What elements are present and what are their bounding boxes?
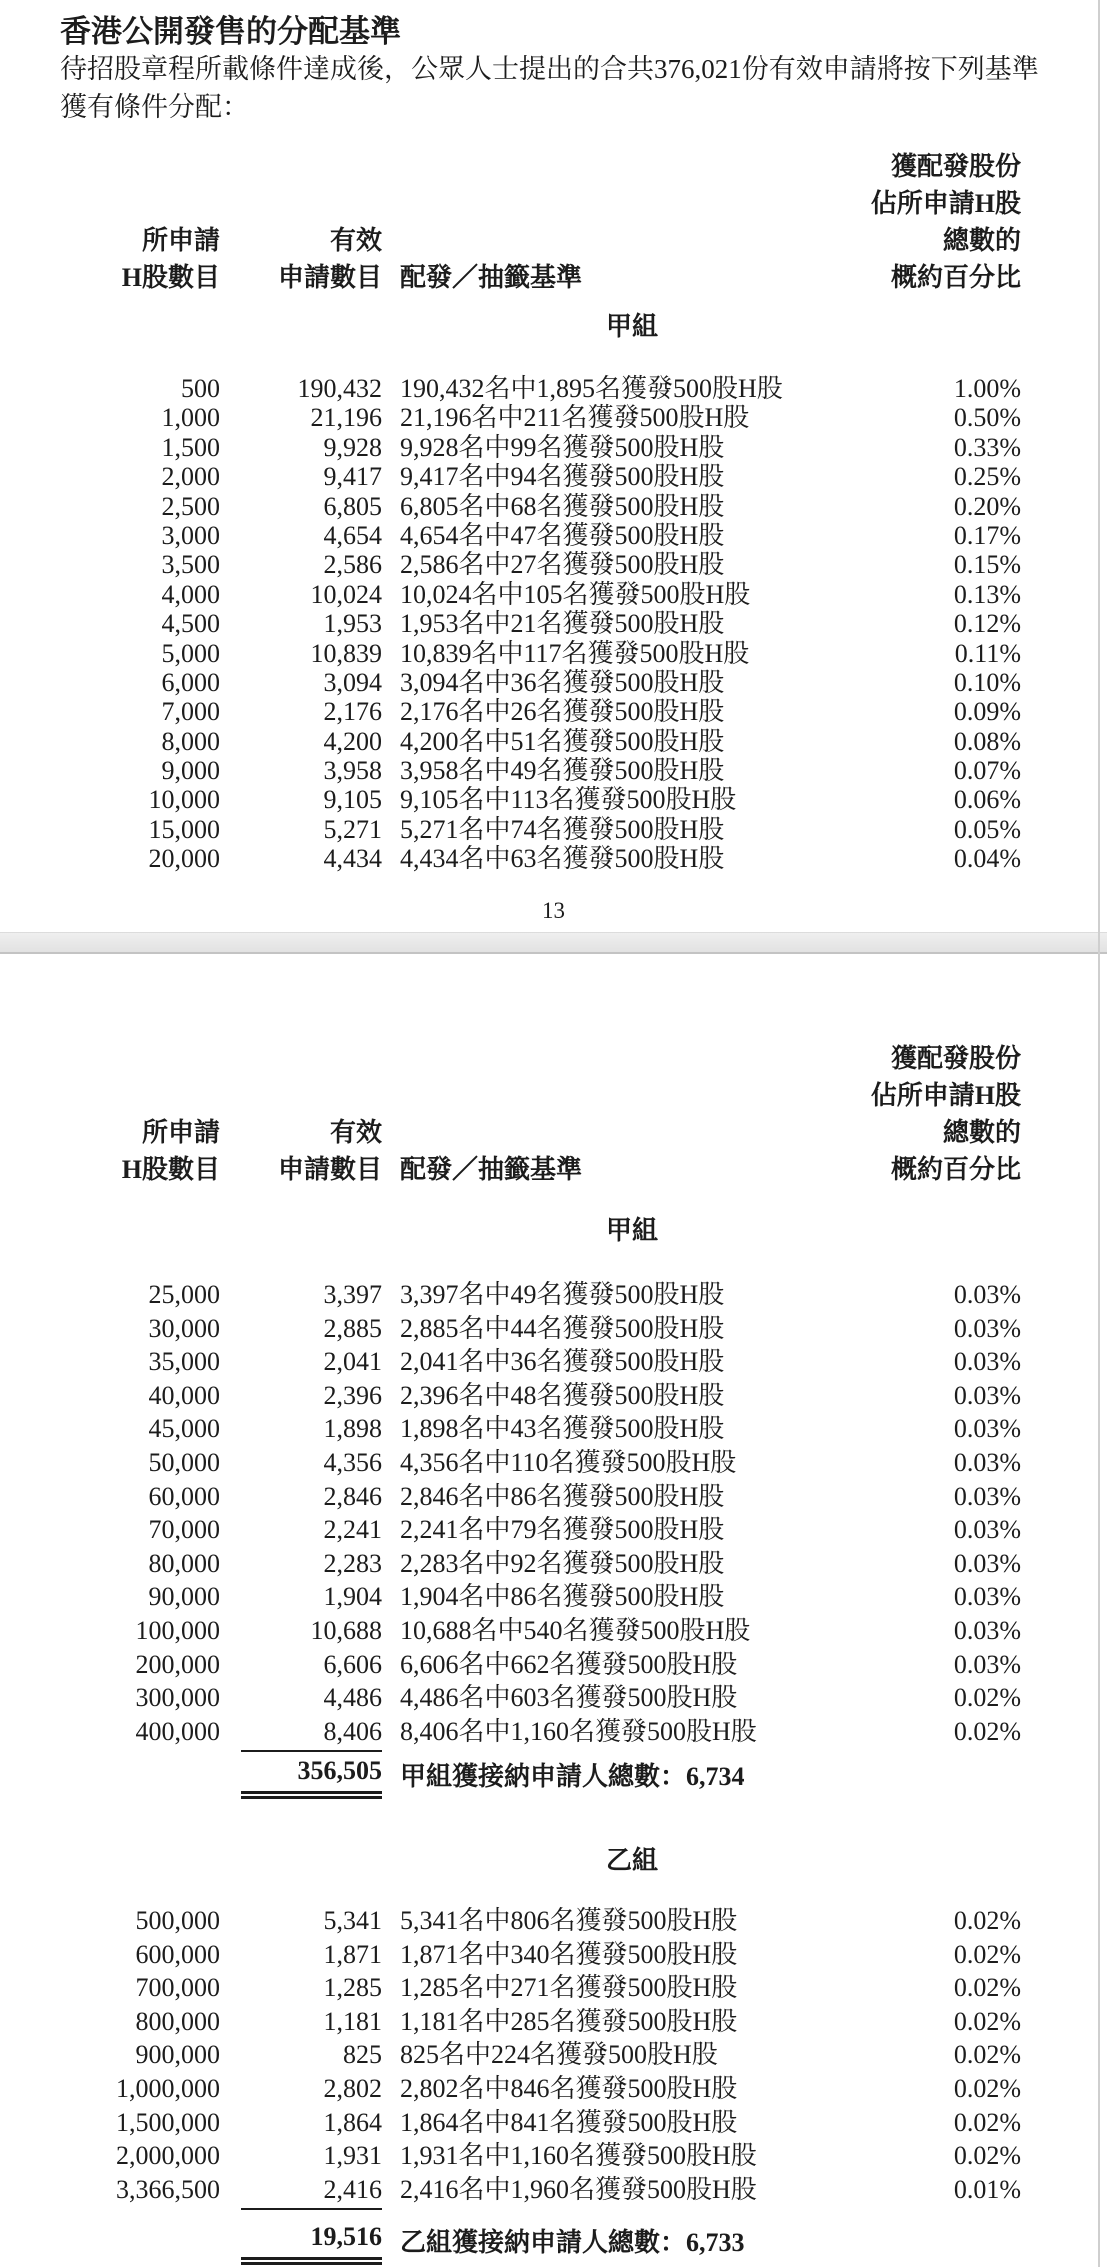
- cell-shares-applied: 35,000: [60, 1345, 220, 1379]
- cell-valid-applications: 1,864: [220, 2106, 382, 2140]
- column-header-valid-applications: 有效 申請數目: [220, 1114, 382, 1188]
- cell-shares-applied: 20,000: [60, 844, 220, 873]
- cell-shares-applied: 70,000: [60, 1513, 220, 1547]
- cell-allocation-basis: 1,181名中285名獲發500股H股: [382, 2005, 891, 2039]
- cell-valid-applications: 2,416: [220, 2173, 382, 2207]
- table-row: 3,366,500 2,416 2,416名中1,960名獲發500股H股 0.…: [60, 2173, 1021, 2207]
- cell-percentage: 0.50%: [891, 403, 1021, 432]
- cell-percentage: 0.03%: [891, 1379, 1021, 1413]
- cell-allocation-basis: 2,176名中26名獲發500股H股: [382, 697, 891, 726]
- cell-allocation-basis: 8,406名中1,160名獲發500股H股: [382, 1715, 891, 1749]
- cell-valid-applications: 1,871: [220, 1938, 382, 1972]
- cell-percentage: 0.03%: [891, 1547, 1021, 1581]
- cell-percentage: 0.13%: [891, 580, 1021, 609]
- cell-valid-applications: 825: [220, 2038, 382, 2072]
- cell-percentage: 0.33%: [891, 433, 1021, 462]
- cell-valid-applications: 1,285: [220, 1971, 382, 2005]
- cell-percentage: 0.03%: [891, 1648, 1021, 1682]
- table-row: 900,000 825 825名中224名獲發500股H股 0.02%: [60, 2038, 1021, 2072]
- cell-allocation-basis: 2,885名中44名獲發500股H股: [382, 1312, 891, 1346]
- cell-valid-applications: 1,904: [220, 1580, 382, 1614]
- cell-allocation-basis: 4,200名中51名獲發500股H股: [382, 727, 891, 756]
- cell-percentage: 0.15%: [891, 550, 1021, 579]
- cell-shares-applied: 1,500: [60, 433, 220, 462]
- cell-valid-applications: 2,846: [220, 1480, 382, 1514]
- table-row: 50,000 4,356 4,356名中110名獲發500股H股 0.03%: [60, 1446, 1021, 1480]
- cell-percentage: 0.01%: [891, 2173, 1021, 2207]
- cell-shares-applied: 1,000,000: [60, 2072, 220, 2106]
- cell-percentage: 0.03%: [891, 1614, 1021, 1648]
- cell-percentage: 0.02%: [891, 2106, 1021, 2140]
- cell-allocation-basis: 2,416名中1,960名獲發500股H股: [382, 2173, 891, 2207]
- cell-allocation-basis: 10,024名中105名獲發500股H股: [382, 580, 891, 609]
- table-row: 1,500 9,928 9,928名中99名獲發500股H股 0.33%: [60, 433, 1021, 462]
- cell-shares-applied: 3,500: [60, 550, 220, 579]
- cell-allocation-basis: 1,871名中340名獲發500股H股: [382, 1938, 891, 1972]
- cell-allocation-basis: 2,283名中92名獲發500股H股: [382, 1547, 891, 1581]
- cell-percentage: 0.02%: [891, 1971, 1021, 2005]
- cell-shares-applied: 600,000: [60, 1938, 220, 1972]
- cell-valid-applications: 2,241: [220, 1513, 382, 1547]
- cell-valid-applications: 3,958: [220, 756, 382, 785]
- cell-percentage: 0.03%: [891, 1580, 1021, 1614]
- cell-valid-applications: 4,434: [220, 844, 382, 873]
- cell-shares-applied: 5,000: [60, 639, 220, 668]
- cell-allocation-basis: 2,396名中48名獲發500股H股: [382, 1379, 891, 1413]
- cell-percentage: 0.08%: [891, 727, 1021, 756]
- cell-percentage: 0.03%: [891, 1412, 1021, 1446]
- cell-percentage: 0.03%: [891, 1278, 1021, 1312]
- cell-shares-applied: 300,000: [60, 1681, 220, 1715]
- group-b-total-applications: 19,516: [241, 2222, 382, 2260]
- cell-shares-applied: 15,000: [60, 815, 220, 844]
- table-row: 4,000 10,024 10,024名中105名獲發500股H股 0.13%: [60, 580, 1021, 609]
- cell-shares-applied: 9,000: [60, 756, 220, 785]
- cell-valid-applications: 1,953: [220, 609, 382, 638]
- cell-percentage: 0.11%: [891, 639, 1021, 668]
- cell-percentage: 0.20%: [891, 492, 1021, 521]
- table-row: 10,000 9,105 9,105名中113名獲發500股H股 0.06%: [60, 785, 1021, 814]
- cell-percentage: 0.12%: [891, 609, 1021, 638]
- table-row: 25,000 3,397 3,397名中49名獲發500股H股 0.03%: [60, 1278, 1021, 1312]
- cell-valid-applications: 1,898: [220, 1412, 382, 1446]
- table-row: 40,000 2,396 2,396名中48名獲發500股H股 0.03%: [60, 1379, 1021, 1413]
- table-row: 300,000 4,486 4,486名中603名獲發500股H股 0.02%: [60, 1681, 1021, 1715]
- cell-shares-applied: 4,000: [60, 580, 220, 609]
- cell-valid-applications: 3,397: [220, 1278, 382, 1312]
- cell-shares-applied: 800,000: [60, 2005, 220, 2039]
- cell-valid-applications: 6,805: [220, 492, 382, 521]
- group-a-total-applications: 356,505: [241, 1756, 382, 1794]
- cell-allocation-basis: 1,898名中43名獲發500股H股: [382, 1412, 891, 1446]
- column-header-shares-applied: 所申請 H股數目: [60, 1114, 220, 1188]
- table-row: 500 190,432 190,432名中1,895名獲發500股H股 1.00…: [60, 374, 1021, 403]
- cell-allocation-basis: 1,904名中86名獲發500股H股: [382, 1580, 891, 1614]
- cell-shares-applied: 90,000: [60, 1580, 220, 1614]
- table-row: 3,000 4,654 4,654名中47名獲發500股H股 0.17%: [60, 521, 1021, 550]
- column-header-percentage: 獲配發股份 佔所申請H股 總數的 概約百分比: [831, 148, 1021, 296]
- group-a-label-page1: 甲組: [606, 306, 658, 343]
- table-row: 7,000 2,176 2,176名中26名獲發500股H股 0.09%: [60, 697, 1021, 726]
- column-header-percentage: 獲配發股份 佔所申請H股 總數的 概約百分比: [831, 1040, 1021, 1188]
- cell-valid-applications: 6,606: [220, 1648, 382, 1682]
- cell-allocation-basis: 9,417名中94名獲發500股H股: [382, 462, 891, 491]
- cell-percentage: 0.04%: [891, 844, 1021, 873]
- page-separator: [0, 932, 1107, 954]
- cell-allocation-basis: 1,953名中21名獲發500股H股: [382, 609, 891, 638]
- cell-allocation-basis: 4,434名中63名獲發500股H股: [382, 844, 891, 873]
- table-row: 1,500,000 1,864 1,864名中841名獲發500股H股 0.02…: [60, 2106, 1021, 2140]
- table-row: 100,000 10,688 10,688名中540名獲發500股H股 0.03…: [60, 1614, 1021, 1648]
- cell-allocation-basis: 6,805名中68名獲發500股H股: [382, 492, 891, 521]
- cell-allocation-basis: 2,041名中36名獲發500股H股: [382, 1345, 891, 1379]
- cell-percentage: 0.02%: [891, 2038, 1021, 2072]
- cell-valid-applications: 2,396: [220, 1379, 382, 1413]
- table-row: 400,000 8,406 8,406名中1,160名獲發500股H股 0.02…: [60, 1715, 1021, 1749]
- cell-allocation-basis: 5,271名中74名獲發500股H股: [382, 815, 891, 844]
- table-row: 600,000 1,871 1,871名中340名獲發500股H股 0.02%: [60, 1938, 1021, 1972]
- table-row: 3,500 2,586 2,586名中27名獲發500股H股 0.15%: [60, 550, 1021, 579]
- group-b-total-label: 乙組獲接納申請人總數：6,733: [382, 2222, 1021, 2260]
- table-row: 2,000,000 1,931 1,931名中1,160名獲發500股H股 0.…: [60, 2139, 1021, 2173]
- table-row: 5,000 10,839 10,839名中117名獲發500股H股 0.11%: [60, 639, 1021, 668]
- group-a-label-page2: 甲組: [606, 1210, 658, 1247]
- cell-percentage: 0.07%: [891, 756, 1021, 785]
- cell-valid-applications: 4,654: [220, 521, 382, 550]
- table-row: 15,000 5,271 5,271名中74名獲發500股H股 0.05%: [60, 815, 1021, 844]
- cell-shares-applied: 1,500,000: [60, 2106, 220, 2140]
- table-row: 6,000 3,094 3,094名中36名獲發500股H股 0.10%: [60, 668, 1021, 697]
- cell-allocation-basis: 3,094名中36名獲發500股H股: [382, 668, 891, 697]
- cell-valid-applications: 8,406: [220, 1715, 382, 1749]
- group-b-subtotal: 19,516 乙組獲接納申請人總數：6,733: [60, 2222, 1021, 2260]
- group-a-table-page1: 500 190,432 190,432名中1,895名獲發500股H股 1.00…: [60, 374, 1021, 874]
- table-row: 700,000 1,285 1,285名中271名獲發500股H股 0.02%: [60, 1971, 1021, 2005]
- cell-percentage: 0.17%: [891, 521, 1021, 550]
- cell-shares-applied: 200,000: [60, 1648, 220, 1682]
- cell-percentage: 0.02%: [891, 2139, 1021, 2173]
- cell-shares-applied: 700,000: [60, 1971, 220, 2005]
- group-a-table-page2: 25,000 3,397 3,397名中49名獲發500股H股 0.03% 30…: [60, 1278, 1021, 1748]
- cell-shares-applied: 60,000: [60, 1480, 220, 1514]
- column-header-allocation-basis: 配發／抽籤基準: [382, 1151, 831, 1188]
- table-row: 45,000 1,898 1,898名中43名獲發500股H股 0.03%: [60, 1412, 1021, 1446]
- cell-valid-applications: 2,176: [220, 697, 382, 726]
- cell-allocation-basis: 190,432名中1,895名獲發500股H股: [382, 374, 891, 403]
- cell-allocation-basis: 2,846名中86名獲發500股H股: [382, 1480, 891, 1514]
- table-row: 8,000 4,200 4,200名中51名獲發500股H股 0.08%: [60, 727, 1021, 756]
- cell-shares-applied: 25,000: [60, 1278, 220, 1312]
- group-b-table: 500,000 5,341 5,341名中806名獲發500股H股 0.02% …: [60, 1904, 1021, 2206]
- cell-percentage: 0.03%: [891, 1480, 1021, 1514]
- table-row: 70,000 2,241 2,241名中79名獲發500股H股 0.03%: [60, 1513, 1021, 1547]
- cell-allocation-basis: 10,839名中117名獲發500股H股: [382, 639, 891, 668]
- cell-shares-applied: 10,000: [60, 785, 220, 814]
- column-header-shares-applied: 所申請 H股數目: [60, 222, 220, 296]
- table-row: 90,000 1,904 1,904名中86名獲發500股H股 0.03%: [60, 1580, 1021, 1614]
- group-a-total-label: 甲組獲接納申請人總數：6,734: [382, 1756, 1021, 1794]
- cell-valid-applications: 2,041: [220, 1345, 382, 1379]
- table-row: 800,000 1,181 1,181名中285名獲發500股H股 0.02%: [60, 2005, 1021, 2039]
- column-header-allocation-basis: 配發／抽籤基準: [382, 259, 831, 296]
- cell-percentage: 0.02%: [891, 2072, 1021, 2106]
- cell-allocation-basis: 9,928名中99名獲發500股H股: [382, 433, 891, 462]
- cell-percentage: 0.02%: [891, 1681, 1021, 1715]
- cell-allocation-basis: 2,802名中846名獲發500股H股: [382, 2072, 891, 2106]
- cell-allocation-basis: 21,196名中211名獲發500股H股: [382, 403, 891, 432]
- table-row: 1,000,000 2,802 2,802名中846名獲發500股H股 0.02…: [60, 2072, 1021, 2106]
- cell-allocation-basis: 4,356名中110名獲發500股H股: [382, 1446, 891, 1480]
- cell-valid-applications: 190,432: [220, 374, 382, 403]
- cell-valid-applications: 1,181: [220, 2005, 382, 2039]
- cell-shares-applied: 400,000: [60, 1715, 220, 1749]
- table-row: 200,000 6,606 6,606名中662名獲發500股H股 0.03%: [60, 1648, 1021, 1682]
- table-row: 20,000 4,434 4,434名中63名獲發500股H股 0.04%: [60, 844, 1021, 873]
- cell-valid-applications: 9,105: [220, 785, 382, 814]
- cell-allocation-basis: 1,864名中841名獲發500股H股: [382, 2106, 891, 2140]
- cell-percentage: 1.00%: [891, 374, 1021, 403]
- cell-shares-applied: 6,000: [60, 668, 220, 697]
- cell-valid-applications: 2,885: [220, 1312, 382, 1346]
- cell-shares-applied: 2,000,000: [60, 2139, 220, 2173]
- cell-valid-applications: 5,341: [220, 1904, 382, 1938]
- cell-allocation-basis: 5,341名中806名獲發500股H股: [382, 1904, 891, 1938]
- table-row: 30,000 2,885 2,885名中44名獲發500股H股 0.03%: [60, 1312, 1021, 1346]
- cell-allocation-basis: 1,931名中1,160名獲發500股H股: [382, 2139, 891, 2173]
- group-b-label: 乙組: [606, 1840, 658, 1877]
- cell-valid-applications: 4,486: [220, 1681, 382, 1715]
- cell-percentage: 0.03%: [891, 1345, 1021, 1379]
- cell-shares-applied: 3,000: [60, 521, 220, 550]
- cell-allocation-basis: 10,688名中540名獲發500股H股: [382, 1614, 891, 1648]
- cell-allocation-basis: 4,654名中47名獲發500股H股: [382, 521, 891, 550]
- cell-valid-applications: 4,200: [220, 727, 382, 756]
- cell-shares-applied: 2,000: [60, 462, 220, 491]
- table-header-page1: 所申請 H股數目 有效 申請數目 配發／抽籤基準 獲配發股份 佔所申請H股 總數…: [60, 148, 1021, 296]
- cell-valid-applications: 5,271: [220, 815, 382, 844]
- cell-percentage: 0.05%: [891, 815, 1021, 844]
- table-row: 9,000 3,958 3,958名中49名獲發500股H股 0.07%: [60, 756, 1021, 785]
- cell-shares-applied: 500,000: [60, 1904, 220, 1938]
- cell-percentage: 0.03%: [891, 1312, 1021, 1346]
- cell-shares-applied: 900,000: [60, 2038, 220, 2072]
- cell-shares-applied: 2,500: [60, 492, 220, 521]
- cell-valid-applications: 3,094: [220, 668, 382, 697]
- table-row: 500,000 5,341 5,341名中806名獲發500股H股 0.02%: [60, 1904, 1021, 1938]
- cell-percentage: 0.02%: [891, 1938, 1021, 1972]
- cell-shares-applied: 3,366,500: [60, 2173, 220, 2207]
- cell-valid-applications: 10,839: [220, 639, 382, 668]
- column-header-valid-applications: 有效 申請數目: [220, 222, 382, 296]
- cell-allocation-basis: 9,105名中113名獲發500股H股: [382, 785, 891, 814]
- table-row: 2,500 6,805 6,805名中68名獲發500股H股 0.20%: [60, 492, 1021, 521]
- cell-allocation-basis: 825名中224名獲發500股H股: [382, 2038, 891, 2072]
- cell-percentage: 0.02%: [891, 1715, 1021, 1749]
- cell-allocation-basis: 6,606名中662名獲發500股H股: [382, 1648, 891, 1682]
- cell-allocation-basis: 3,397名中49名獲發500股H股: [382, 1278, 891, 1312]
- cell-percentage: 0.06%: [891, 785, 1021, 814]
- cell-percentage: 0.02%: [891, 2005, 1021, 2039]
- page-edge-divider: [1098, 0, 1100, 2267]
- cell-allocation-basis: 2,586名中27名獲發500股H股: [382, 550, 891, 579]
- table-row: 35,000 2,041 2,041名中36名獲發500股H股 0.03%: [60, 1345, 1021, 1379]
- cell-valid-applications: 1,931: [220, 2139, 382, 2173]
- cell-valid-applications: 10,024: [220, 580, 382, 609]
- cell-percentage: 0.25%: [891, 462, 1021, 491]
- cell-percentage: 0.03%: [891, 1446, 1021, 1480]
- table-header-page2: 所申請 H股數目 有效 申請數目 配發／抽籤基準 獲配發股份 佔所申請H股 總數…: [60, 1040, 1021, 1188]
- cell-allocation-basis: 2,241名中79名獲發500股H股: [382, 1513, 891, 1547]
- cell-valid-applications: 10,688: [220, 1614, 382, 1648]
- cell-shares-applied: 7,000: [60, 697, 220, 726]
- page-number: 13: [0, 898, 1107, 924]
- intro-paragraph: 待招股章程所載條件達成後，公眾人士提出的合共376,021份有效申請將按下列基準…: [60, 50, 1048, 126]
- cell-shares-applied: 8,000: [60, 727, 220, 756]
- cell-valid-applications: 2,802: [220, 2072, 382, 2106]
- cell-valid-applications: 9,928: [220, 433, 382, 462]
- cell-allocation-basis: 1,285名中271名獲發500股H股: [382, 1971, 891, 2005]
- cell-percentage: 0.02%: [891, 1904, 1021, 1938]
- cell-shares-applied: 45,000: [60, 1412, 220, 1446]
- table-row: 60,000 2,846 2,846名中86名獲發500股H股 0.03%: [60, 1480, 1021, 1514]
- table-row: 80,000 2,283 2,283名中92名獲發500股H股 0.03%: [60, 1547, 1021, 1581]
- cell-shares-applied: 80,000: [60, 1547, 220, 1581]
- cell-percentage: 0.09%: [891, 697, 1021, 726]
- group-a-subtotal: 356,505 甲組獲接納申請人總數：6,734: [60, 1756, 1021, 1794]
- cell-shares-applied: 40,000: [60, 1379, 220, 1413]
- cell-allocation-basis: 4,486名中603名獲發500股H股: [382, 1681, 891, 1715]
- table-row: 2,000 9,417 9,417名中94名獲發500股H股 0.25%: [60, 462, 1021, 491]
- cell-valid-applications: 21,196: [220, 403, 382, 432]
- cell-valid-applications: 2,586: [220, 550, 382, 579]
- cell-percentage: 0.03%: [891, 1513, 1021, 1547]
- cell-allocation-basis: 3,958名中49名獲發500股H股: [382, 756, 891, 785]
- cell-shares-applied: 100,000: [60, 1614, 220, 1648]
- cell-shares-applied: 1,000: [60, 403, 220, 432]
- cell-shares-applied: 4,500: [60, 609, 220, 638]
- cell-valid-applications: 2,283: [220, 1547, 382, 1581]
- section-title: 香港公開發售的分配基準: [60, 6, 401, 51]
- cell-shares-applied: 30,000: [60, 1312, 220, 1346]
- table-row: 1,000 21,196 21,196名中211名獲發500股H股 0.50%: [60, 403, 1021, 432]
- cell-shares-applied: 50,000: [60, 1446, 220, 1480]
- cell-valid-applications: 4,356: [220, 1446, 382, 1480]
- table-row: 4,500 1,953 1,953名中21名獲發500股H股 0.12%: [60, 609, 1021, 638]
- cell-valid-applications: 9,417: [220, 462, 382, 491]
- cell-percentage: 0.10%: [891, 668, 1021, 697]
- cell-shares-applied: 500: [60, 374, 220, 403]
